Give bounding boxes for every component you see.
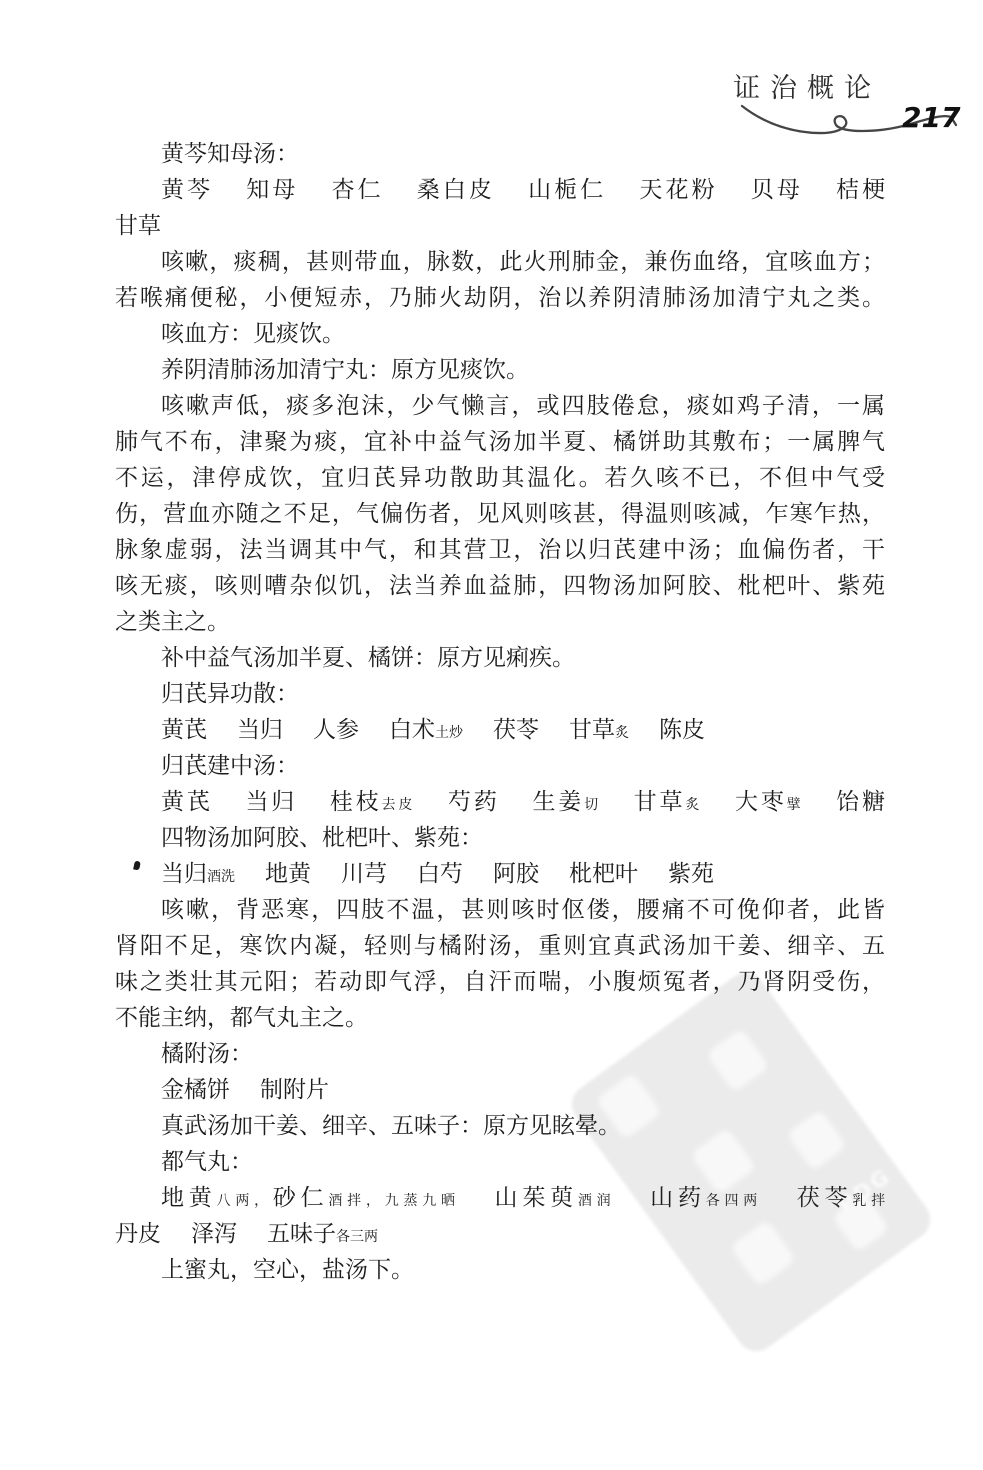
text-line: 黄芪当归桂枝去皮芍药生姜切甘草炙大枣擘饴糖: [115, 784, 885, 820]
herb-gap: [762, 1204, 792, 1205]
text-line: 咳无痰，咳则嘈杂似饥，法当养血益肺，四物汤加阿胶、枇杷叶、紫苑: [115, 568, 885, 604]
text-segment: 补中益气汤加半夏、橘饼：原方见痢疾。: [161, 645, 575, 670]
dosage-note: 酒润: [578, 1194, 616, 1209]
text-segment: 贝母: [748, 177, 803, 202]
text-line: 咳嗽，背恶寒，四肢不温，甚则咳时伛偻，腰痛不可俛仰者，此皆: [115, 892, 885, 928]
text-segment: 地黄: [161, 1185, 217, 1210]
text-segment: 当归: [161, 861, 207, 886]
text-segment: 知母: [243, 177, 298, 202]
text-line: 都气丸：: [115, 1144, 885, 1180]
dosage-note: 酒洗: [207, 870, 235, 885]
herb-gap: [601, 808, 631, 809]
herb-gap: [213, 808, 243, 809]
text-segment: 生姜: [530, 789, 584, 814]
text-segment: 天花粉: [636, 177, 717, 202]
text-line: 咳血方：见痰饮。: [115, 316, 885, 352]
text-segment: 四物汤加阿胶、枇杷叶、紫苑：: [161, 825, 483, 850]
text-line: 当归酒洗地黄川芎白芍阿胶枇杷叶紫苑: [115, 856, 885, 892]
herb-gap: [718, 196, 748, 197]
herb-gap: [384, 196, 414, 197]
text-segment: 川芎: [341, 861, 387, 886]
dosage-note: 各四两: [706, 1194, 762, 1209]
text-segment: 杏仁: [328, 177, 383, 202]
book-page: PDG 证治概论 217 黄芩知母汤：黄芩知母杏仁桑白皮山栀仁天花粉贝母桔梗甘草…: [0, 0, 983, 1470]
text-segment: 山栀仁: [525, 177, 606, 202]
text-segment: 不能主纳，都气丸主之。: [115, 1005, 368, 1030]
text-line: 归芪建中汤：: [115, 748, 885, 784]
text-segment: 咳血方：见痰饮。: [161, 321, 345, 346]
page-number: 217: [902, 101, 960, 134]
herb-gap: [237, 1240, 267, 1241]
text-segment: 真武汤加干姜、细辛、五味子：原方见眩晕。: [161, 1113, 621, 1138]
herb-gap: [463, 736, 493, 737]
text-segment: 肾阳不足，寒饮内凝，轻则与橘附汤，重则宜真武汤加干姜、细辛、五: [115, 933, 885, 958]
text-segment: 咳无痰，咳则嘈杂似饥，法当养血益肺，四物汤加阿胶、枇杷叶、紫苑: [115, 573, 885, 598]
dosage-note: 切: [584, 798, 601, 813]
text-line: 真武汤加干姜、细辛、五味子：原方见眩晕。: [115, 1108, 885, 1144]
text-segment: 橘附汤：: [161, 1041, 253, 1066]
text-segment: 黄芪: [161, 717, 207, 742]
text-line: 之类主之。: [115, 604, 885, 640]
text-segment: 桂枝: [327, 789, 381, 814]
text-segment: 山茱萸: [490, 1185, 578, 1210]
dosage-note: 酒拌，九蒸九晒: [328, 1194, 459, 1209]
text-segment: 五味子: [267, 1221, 336, 1246]
text-line: 若喉痛便秘，小便短赤，乃肺火劫阴，治以养阴清肺汤加清宁丸之类。: [115, 280, 885, 316]
text-line: 橘附汤：: [115, 1036, 885, 1072]
text-line: 补中益气汤加半夏、橘饼：原方见痢疾。: [115, 640, 885, 676]
text-line: 地黄八两，砂仁酒拌，九蒸九晒山茱萸酒润山药各四两茯苓乳拌: [115, 1180, 885, 1216]
text-line: 咳嗽，痰稠，甚则带血，脉数，此火刑肺金，兼伤血络，宜咳血方；: [115, 244, 885, 280]
text-segment: 芍药: [445, 789, 499, 814]
dosage-note: 炙: [685, 798, 702, 813]
text-line: 肾阳不足，寒饮内凝，轻则与橘附汤，重则宜真武汤加干姜、细辛、五: [115, 928, 885, 964]
herb-gap: [235, 880, 265, 881]
text-segment: 桔梗: [833, 177, 885, 202]
text-segment: 人参: [313, 717, 359, 742]
text-segment: 白芍: [417, 861, 463, 886]
herb-gap: [539, 880, 569, 881]
text-segment: 金橘饼: [161, 1077, 230, 1102]
text-line: 金橘饼制附片: [115, 1072, 885, 1108]
text-segment: 阿胶: [493, 861, 539, 886]
text-segment: 甘草: [569, 717, 615, 742]
herb-gap: [311, 880, 341, 881]
text-segment: 饴糖: [833, 789, 885, 814]
text-line: 不能主纳，都气丸主之。: [115, 1000, 885, 1036]
text-segment: 味之类壮其元阳；若动即气浮，自汗而喘，小腹烦冤者，乃肾阴受伤，: [115, 969, 885, 994]
dosage-note: 土炒: [435, 726, 463, 741]
herb-gap: [615, 1204, 645, 1205]
herb-gap: [803, 808, 833, 809]
text-segment: 大枣: [732, 789, 786, 814]
dosage-note: 擘: [787, 798, 804, 813]
herb-gap: [500, 808, 530, 809]
herb-gap: [803, 196, 833, 197]
text-segment: 地黄: [265, 861, 311, 886]
text-segment: 咳嗽，痰稠，甚则带血，脉数，此火刑肺金，兼伤血络，宜咳血方；: [161, 249, 885, 274]
text-segment: 咳嗽，背恶寒，四肢不温，甚则咳时伛偻，腰痛不可俛仰者，此皆: [161, 897, 885, 922]
herb-gap: [213, 196, 243, 197]
herb-gap: [230, 1096, 260, 1097]
text-segment: 脉象虚弱，法当调其中气，和其营卫，治以归芪建中汤；血偏伤者，干: [115, 537, 885, 562]
text-segment: 归芪建中汤：: [161, 753, 299, 778]
text-segment: 泽泻: [191, 1221, 237, 1246]
text-line: 不运，津停成饮，宜归芪异功散助其温化。若久咳不已，不但中气受: [115, 460, 885, 496]
herb-gap: [359, 736, 389, 737]
herb-gap: [298, 196, 328, 197]
text-segment: 黄芩知母汤：: [161, 141, 299, 166]
text-line: 养阴清肺汤加清宁丸：原方见痰饮。: [115, 352, 885, 388]
text-line: 丹皮泽泻五味子各三两: [115, 1216, 885, 1252]
herb-gap: [629, 736, 659, 737]
text-segment: 之类主之。: [115, 609, 230, 634]
text-segment: 枇杷叶: [569, 861, 638, 886]
herb-gap: [638, 880, 668, 881]
text-segment: 甘草: [115, 213, 161, 238]
text-line: 四物汤加阿胶、枇杷叶、紫苑：: [115, 820, 885, 856]
dosage-note: 各三两: [336, 1230, 378, 1245]
text-segment: 桑白皮: [414, 177, 495, 202]
herb-gap: [539, 736, 569, 737]
text-line: 肺气不布，津聚为痰，宜补中益气汤加半夏、橘饼助其敷布；一属脾气: [115, 424, 885, 460]
dosage-note: 去皮: [382, 798, 416, 813]
text-line: 味之类壮其元阳；若动即气浮，自汗而喘，小腹烦冤者，乃肾阴受伤，: [115, 964, 885, 1000]
text-segment: 茯苓: [792, 1185, 852, 1210]
herb-gap: [606, 196, 636, 197]
herb-gap: [415, 808, 445, 809]
text-segment: 归芪异功散：: [161, 681, 299, 706]
herb-gap: [460, 1204, 490, 1205]
text-segment: 白术: [389, 717, 435, 742]
text-segment: 甘草: [631, 789, 685, 814]
text-segment: 当归: [243, 789, 297, 814]
text-line: 脉象虚弱，法当调其中气，和其营卫，治以归芪建中汤；血偏伤者，干: [115, 532, 885, 568]
text-line: 上蜜丸，空心，盐汤下。: [115, 1252, 885, 1288]
text-line: 归芪异功散：: [115, 676, 885, 712]
text-segment: 制附片: [260, 1077, 329, 1102]
herb-gap: [387, 880, 417, 881]
herb-gap: [297, 808, 327, 809]
text-line: 黄芪当归人参白术土炒茯苓甘草炙陈皮: [115, 712, 885, 748]
text-segment: 上蜜丸，空心，盐汤下。: [161, 1257, 414, 1282]
herb-gap: [207, 736, 237, 737]
text-segment: 若喉痛便秘，小便短赤，乃肺火劫阴，治以养阴清肺汤加清宁丸之类。: [115, 285, 885, 310]
text-segment: 伤，营血亦随之不足，气偏伤者，见风则咳甚，得温则咳减，乍寒乍热，: [115, 501, 885, 526]
text-segment: 紫苑: [668, 861, 714, 886]
text-segment: 都气丸：: [161, 1149, 253, 1174]
text-line: 甘草: [115, 208, 885, 244]
dosage-note: 炙: [615, 726, 629, 741]
running-title: 证治概论: [733, 66, 881, 105]
dosage-note: 八两，: [217, 1194, 273, 1209]
herb-gap: [161, 1240, 191, 1241]
text-segment: 丹皮: [115, 1221, 161, 1246]
herb-gap: [283, 736, 313, 737]
dosage-note: 乳拌: [852, 1194, 885, 1209]
text-line: 伤，营血亦随之不足，气偏伤者，见风则咳甚，得温则咳减，乍寒乍热，: [115, 496, 885, 532]
herb-gap: [463, 880, 493, 881]
text-segment: 养阴清肺汤加清宁丸：原方见痰饮。: [161, 357, 529, 382]
text-segment: 茯苓: [493, 717, 539, 742]
text-segment: 咳嗽声低，痰多泡沫，少气懒言，或四肢倦怠，痰如鸡子清，一属: [161, 393, 885, 418]
page-body: 黄芩知母汤：黄芩知母杏仁桑白皮山栀仁天花粉贝母桔梗甘草咳嗽，痰稠，甚则带血，脉数…: [115, 136, 885, 1288]
text-segment: 肺气不布，津聚为痰，宜补中益气汤加半夏、橘饼助其敷布；一属脾气: [115, 429, 885, 454]
text-line: 黄芩知母杏仁桑白皮山栀仁天花粉贝母桔梗: [115, 172, 885, 208]
text-segment: 黄芩: [161, 177, 213, 202]
text-line: 咳嗽声低，痰多泡沫，少气懒言，或四肢倦怠，痰如鸡子清，一属: [115, 388, 885, 424]
text-segment: 不运，津停成饮，宜归芪异功散助其温化。若久咳不已，不但中气受: [115, 465, 885, 490]
text-segment: 山药: [645, 1185, 705, 1210]
text-segment: 黄芪: [161, 789, 213, 814]
text-segment: 砂仁: [273, 1185, 329, 1210]
text-segment: 当归: [237, 717, 283, 742]
herb-gap: [495, 196, 525, 197]
text-segment: 陈皮: [659, 717, 705, 742]
herb-gap: [702, 808, 732, 809]
